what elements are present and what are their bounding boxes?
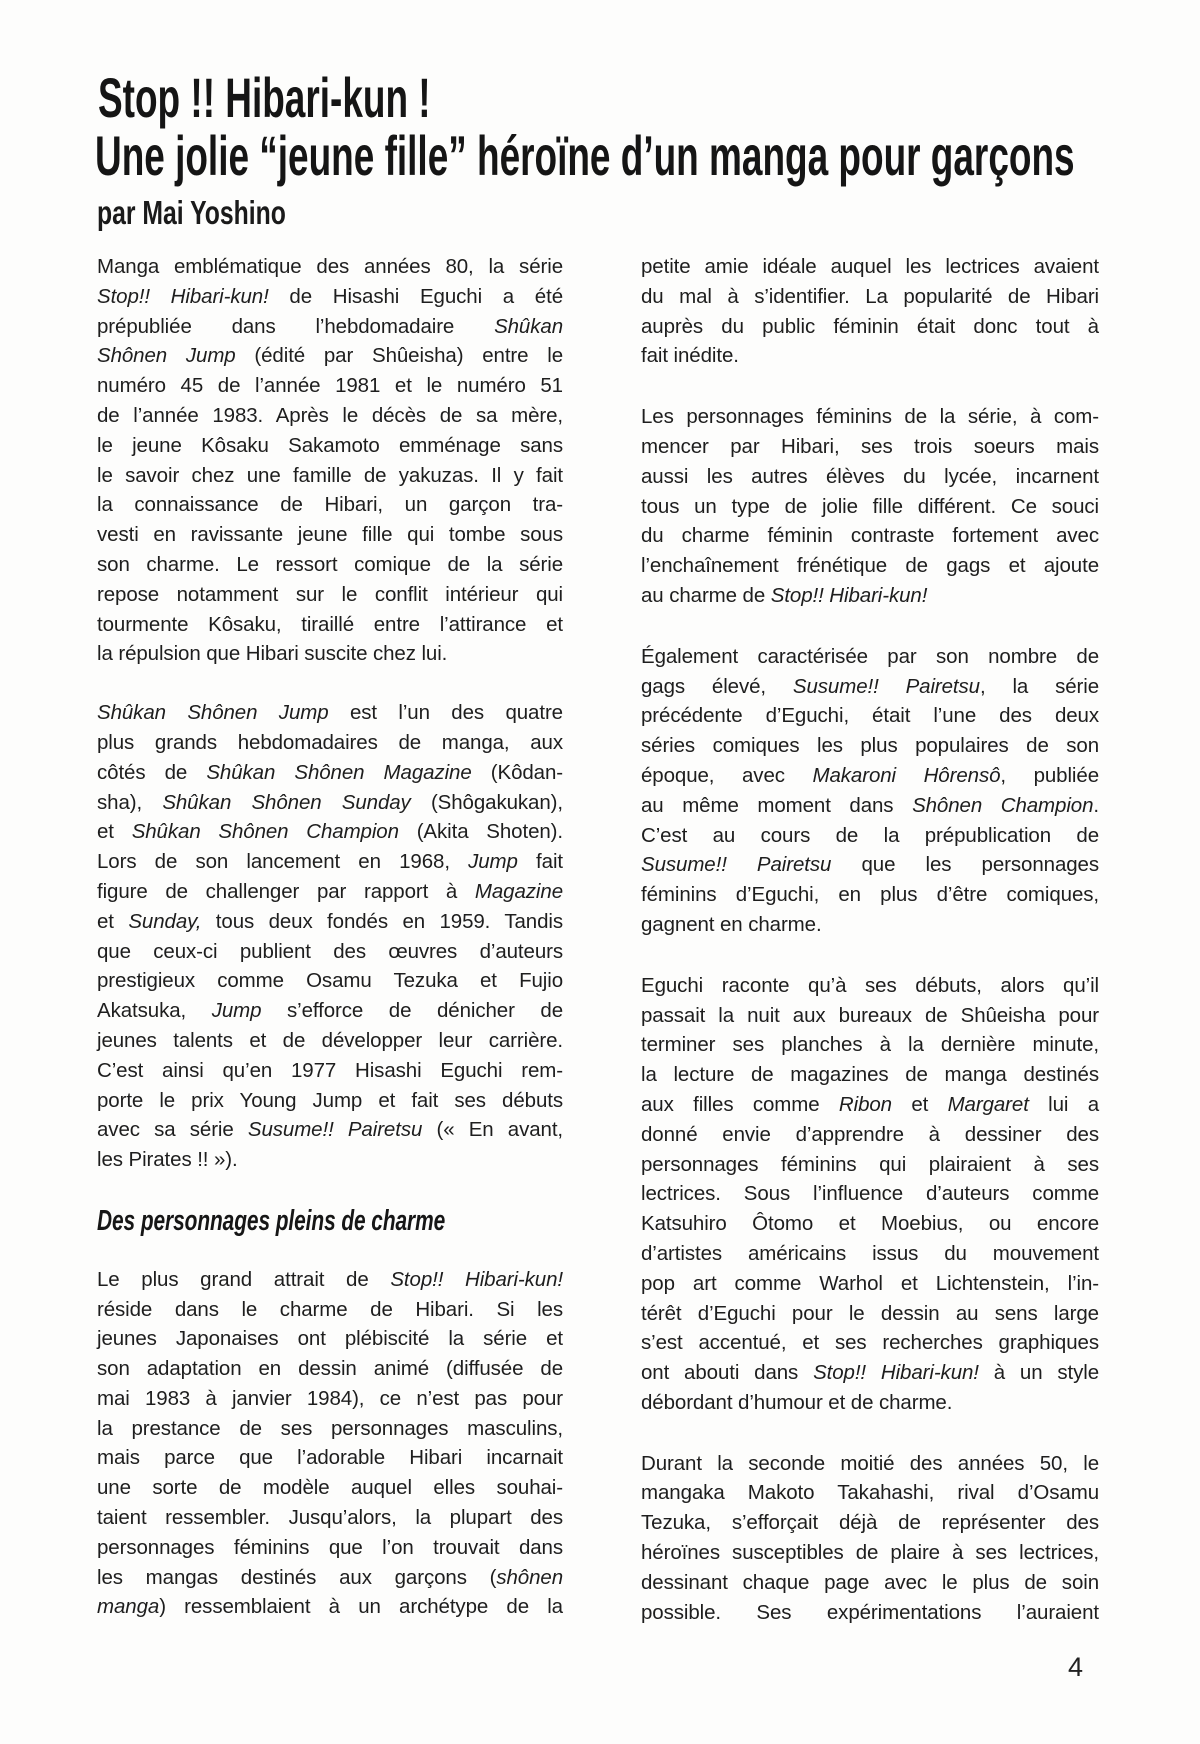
paragraph: Durant la seconde moitié des années 50, …	[641, 1449, 1099, 1628]
text-line: Katsuhiro Ôtomo et Moebius, ou encore	[641, 1209, 1099, 1239]
article-byline-text: par Mai Yoshino	[97, 196, 286, 229]
text-line: une sorte de modèle auquel elles souhai-	[97, 1473, 563, 1503]
article-title-line-1: Stop !! Hibari-kun !	[98, 70, 602, 126]
text-line: figure de challenger par rapport à Magaz…	[97, 877, 563, 907]
text-line: féminins d’Eguchi, en plus d’être comiqu…	[641, 880, 1099, 910]
text-line: gagnent en charme.	[641, 910, 1099, 940]
text-line: C’est ainsi qu’en 1977 Hisashi Eguchi re…	[97, 1056, 563, 1086]
paragraph: Manga emblématique des années 80, la sér…	[97, 252, 563, 669]
text-line: Également caractérisée par son nombre de	[641, 642, 1099, 672]
text-line: passait la nuit aux bureaux de Shûeisha …	[641, 1001, 1099, 1031]
text-line: d’artistes américains issus du mouvement	[641, 1239, 1099, 1269]
text-line: la connaissance de Hibari, un garçon tra…	[97, 490, 563, 520]
text-line: réside dans le charme de Hibari. Si les	[97, 1295, 563, 1325]
text-line: et Shûkan Shônen Champion (Akita Shoten)…	[97, 817, 563, 847]
text-line: plus grands hebdomadaires de manga, aux	[97, 728, 563, 758]
text-line: Shûkan Shônen Jump est l’un des quatre	[97, 698, 563, 728]
text-line: terminer ses planches à la dernière minu…	[641, 1030, 1099, 1060]
text-line: jeunes Japonaises ont plébiscité la séri…	[97, 1324, 563, 1354]
text-line: le jeune Kôsaku Sakamoto emménage sans	[97, 431, 563, 461]
paragraph: Eguchi raconte qu’à ses débuts, alors qu…	[641, 971, 1099, 1418]
text-line: aussi les autres élèves du lycée, incarn…	[641, 462, 1099, 492]
text-line: de l’année 1983. Après le décès de sa mè…	[97, 401, 563, 431]
text-line: donné envie d’apprendre à dessiner des	[641, 1120, 1099, 1150]
text-line: les mangas destinés aux garçons (shônen	[97, 1563, 563, 1593]
text-line: Le plus grand attrait de Stop!! Hibari-k…	[97, 1265, 563, 1295]
text-line: aux filles comme Ribon et Margaret lui a	[641, 1090, 1099, 1120]
text-line: la lecture de magazines de manga destiné…	[641, 1060, 1099, 1090]
text-line: Shônen Jump (édité par Shûeisha) entre l…	[97, 341, 563, 371]
text-line: avec sa série Susume!! Pairetsu (« En av…	[97, 1115, 563, 1145]
text-line: lectrices. Sous l’influence d’auteurs co…	[641, 1179, 1099, 1209]
text-line: taient ressembler. Jusqu’alors, la plupa…	[97, 1503, 563, 1533]
text-line: mais parce que l’adorable Hibari incarna…	[97, 1443, 563, 1473]
text-line: et Sunday, tous deux fondés en 1959. Tan…	[97, 907, 563, 937]
text-line: Susume!! Pairetsu que les personnages	[641, 850, 1099, 880]
text-line: du mal à s’identifier. La popularité de …	[641, 282, 1099, 312]
text-line: séries comiques les plus populaires de s…	[641, 731, 1099, 761]
text-line: au même moment dans Shônen Champion.	[641, 791, 1099, 821]
text-line: Manga emblématique des années 80, la sér…	[97, 252, 563, 282]
text-line: tous un type de jolie fille différent. C…	[641, 492, 1099, 522]
text-line: Les personnages féminins de la série, à …	[641, 402, 1099, 432]
article-title-line-2: Une jolie “jeune fille” héroïne d’un man…	[95, 128, 1200, 184]
article-title-text-1: Stop !! Hibari-kun !	[98, 70, 431, 126]
text-line: la répulsion que Hibari suscite chez lui…	[97, 639, 563, 669]
text-line: son charme. Le ressort comique de la sér…	[97, 550, 563, 580]
text-line: C’est au cours de la prépublication de	[641, 821, 1099, 851]
text-line: personnages féminins que l’on trouvait d…	[97, 1533, 563, 1563]
paragraph: Shûkan Shônen Jump est l’un des quatrepl…	[97, 698, 563, 1175]
paragraph: petite amie idéale auquel les lectrices …	[641, 252, 1099, 371]
text-line: Stop!! Hibari-kun! de Hisashi Eguchi a é…	[97, 282, 563, 312]
text-line: Akatsuka, Jump s’efforce de dénicher de	[97, 996, 563, 1026]
text-line: le savoir chez une famille de yakuzas. I…	[97, 461, 563, 491]
text-line: du charme féminin contraste fortement av…	[641, 521, 1099, 551]
text-line: que ceux-ci publient des œuvres d’auteur…	[97, 937, 563, 967]
text-line: côtés de Shûkan Shônen Magazine (Kôdan-	[97, 758, 563, 788]
text-line: fait inédite.	[641, 341, 1099, 371]
text-line: vesti en ravissante jeune fille qui tomb…	[97, 520, 563, 550]
article-title-text-2: Une jolie “jeune fille” héroïne d’un man…	[95, 128, 1075, 184]
text-line: auprès du public féminin était donc tout…	[641, 312, 1099, 342]
paragraph: Les personnages féminins de la série, à …	[641, 402, 1099, 611]
section-heading-text: Des personnages pleins de charme	[97, 1204, 445, 1238]
text-line: mencer par Hibari, ses trois soeurs mais	[641, 432, 1099, 462]
text-line: numéro 45 de l’année 1981 et le numéro 5…	[97, 371, 563, 401]
text-line: jeunes talents et de développer leur car…	[97, 1026, 563, 1056]
text-line: héroïnes susceptibles de plaire à ses le…	[641, 1538, 1099, 1568]
text-line: tourmente Kôsaku, tiraillé entre l’attir…	[97, 610, 563, 640]
text-line: pop art comme Warhol et Lichtenstein, l’…	[641, 1269, 1099, 1299]
text-line: l’enchaînement frénétique de gags et ajo…	[641, 551, 1099, 581]
text-line: époque, avec Makaroni Hôrensô, publiée	[641, 761, 1099, 791]
page: Stop !! Hibari-kun ! Une jolie “jeune fi…	[0, 0, 1200, 1744]
text-line: mai 1983 à janvier 1984), ce n’est pas p…	[97, 1384, 563, 1414]
text-line: la prestance de ses personnages masculin…	[97, 1414, 563, 1444]
article-byline: par Mai Yoshino	[97, 196, 349, 229]
text-line: s’est accentué, et ses recherches graphi…	[641, 1328, 1099, 1358]
text-line: repose notamment sur le conflit intérieu…	[97, 580, 563, 610]
text-line: Lors de son lancement en 1968, Jump fait	[97, 847, 563, 877]
text-line: Tezuka, s’efforçait déjà de représenter …	[641, 1508, 1099, 1538]
text-line: manga) ressemblaient à un archétype de l…	[97, 1592, 563, 1622]
text-line: débordant d’humour et de charme.	[641, 1388, 1099, 1418]
text-line: sha), Shûkan Shônen Sunday (Shôgakukan),	[97, 788, 563, 818]
text-line: prépubliée dans l’hebdomadaire Shûkan	[97, 312, 563, 342]
text-line: porte le prix Young Jump et fait ses déb…	[97, 1086, 563, 1116]
text-line: Eguchi raconte qu’à ses débuts, alors qu…	[641, 971, 1099, 1001]
text-line: mangaka Makoto Takahashi, rival d’Osamu	[641, 1478, 1099, 1508]
left-column: Manga emblématique des années 80, la sér…	[97, 252, 563, 1651]
text-line: au charme de Stop!! Hibari-kun!	[641, 581, 1099, 611]
page-number: 4	[1068, 1652, 1083, 1682]
text-line: possible. Ses expérimentations l’auraien…	[641, 1598, 1099, 1628]
text-line: dessinant chaque page avec le plus de so…	[641, 1568, 1099, 1598]
text-line: gags élevé, Susume!! Pairetsu, la série	[641, 672, 1099, 702]
text-line: Durant la seconde moitié des années 50, …	[641, 1449, 1099, 1479]
right-column: petite amie idéale auquel les lectrices …	[641, 252, 1099, 1658]
section-heading: Des personnages pleins de charme	[97, 1204, 563, 1239]
paragraph: Le plus grand attrait de Stop!! Hibari-k…	[97, 1265, 563, 1623]
text-line: térêt d’Eguchi pour le dessin au sens la…	[641, 1299, 1099, 1329]
text-line: petite amie idéale auquel les lectrices …	[641, 252, 1099, 282]
text-line: personnages féminins qui plairaient à se…	[641, 1150, 1099, 1180]
paragraph: Également caractérisée par son nombre de…	[641, 642, 1099, 940]
text-line: ont abouti dans Stop!! Hibari-kun! à un …	[641, 1358, 1099, 1388]
text-line: les Pirates !! »).	[97, 1145, 563, 1175]
text-line: précédente d’Eguchi, était l’une des deu…	[641, 701, 1099, 731]
text-line: prestigieux comme Osamu Tezuka et Fujio	[97, 966, 563, 996]
text-line: son adaptation en dessin animé (diffusée…	[97, 1354, 563, 1384]
